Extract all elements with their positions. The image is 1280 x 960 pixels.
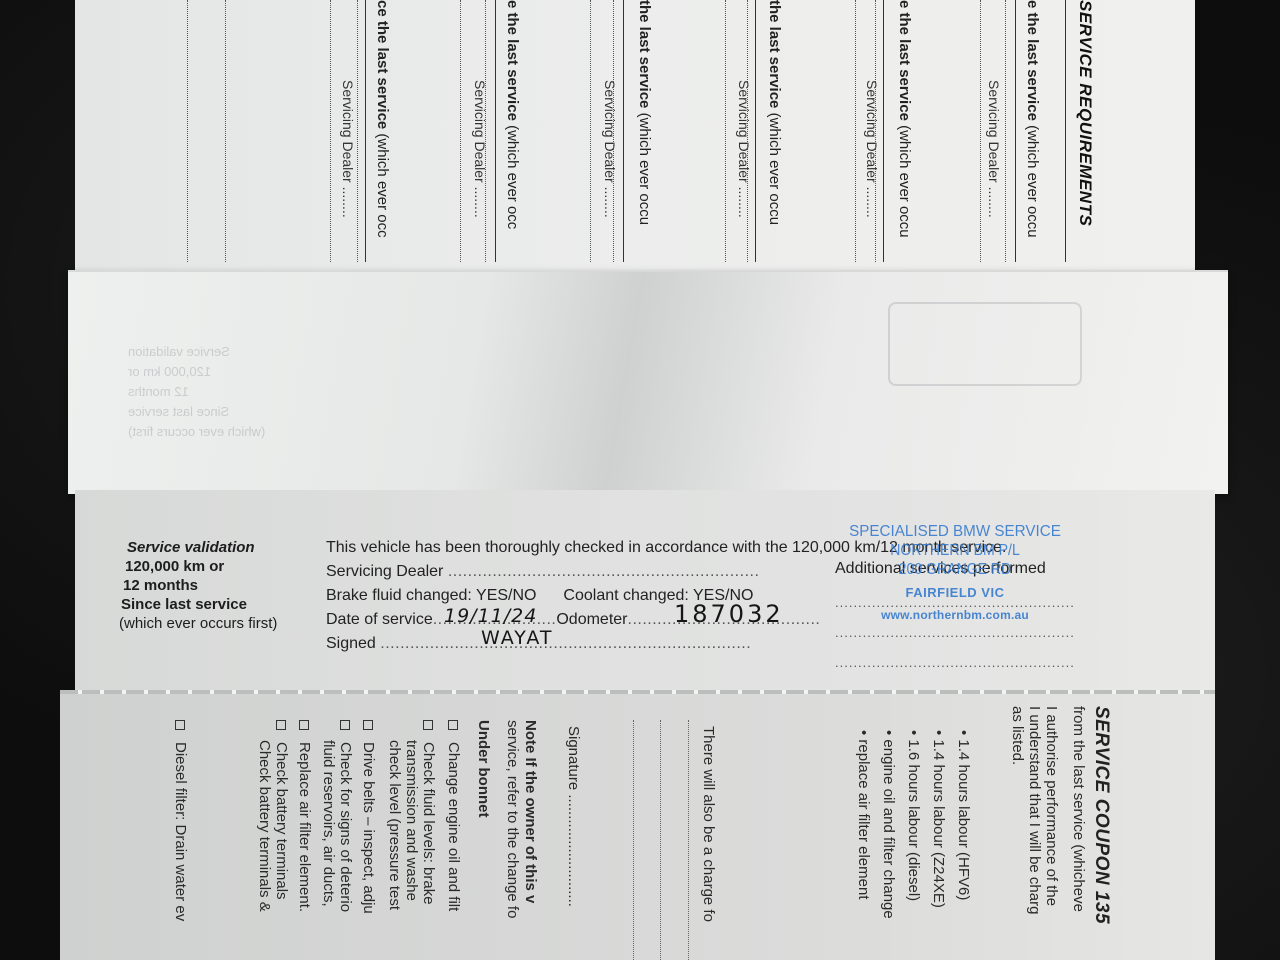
bleed-through-text: Service validation: [128, 344, 230, 359]
dealer-stamp: SPECIALISED BMW SERVICE NORTHERN BM P/L …: [830, 522, 1080, 625]
dotted-line: [330, 0, 331, 262]
service-column-6: ce the last service (which ever occ Serv…: [365, 0, 366, 262]
stamp-line: FAIRFIELD VIC: [830, 583, 1080, 602]
servicing-dealer-label: Servicing Dealer ........: [602, 80, 618, 218]
column-heading-suffix: (which ever occu: [636, 108, 653, 225]
date-of-service-label: Date of service: [326, 611, 433, 628]
odometer-label: Odometer: [556, 611, 627, 628]
checklist-item[interactable]: Check for signs of deterio: [337, 720, 354, 912]
signed-label: Signed: [326, 635, 376, 652]
dotted-line: [357, 0, 358, 262]
dotted-line: [747, 0, 748, 262]
dotted-line: [855, 0, 856, 262]
column-heading-suffix: (which ever occu: [1024, 121, 1041, 238]
bleed-through-text: 12 months: [128, 384, 189, 399]
stamp-website: www.northernbm.com.au: [830, 606, 1080, 625]
checklist-text: Check battery terminals: [273, 742, 290, 900]
dotted-line: [875, 0, 876, 262]
validation-since: Since last service: [121, 595, 277, 614]
labour-item: • 1.6 hours labour (diesel): [905, 730, 922, 901]
validation-heading: Service validation: [121, 538, 277, 557]
brake-fluid-field[interactable]: Brake fluid changed: YES/NO: [326, 587, 537, 604]
note-text: Note If the owner of this v: [522, 720, 539, 903]
title-rule: [1065, 0, 1066, 262]
stamp-line: SPECIALISED BMW SERVICE: [836, 522, 1074, 541]
checkbox[interactable]: [448, 720, 458, 730]
service-column-5: e the last service (which ever occ Servi…: [495, 0, 496, 262]
dotted-line: [613, 0, 614, 262]
dotted-line: [460, 0, 461, 262]
column-heading: ce the last service: [374, 0, 391, 129]
checklist-text: Replace air filter element.: [296, 742, 313, 912]
labour-item: • 1.4 hours labour (Z24XE): [930, 730, 947, 908]
servicing-dealer-label: Servicing Dealer ........: [340, 80, 356, 218]
labour-item-text: 1.4 hours labour (HFV6): [955, 739, 972, 900]
checklist-item[interactable]: Drive belts – inspect, adju: [360, 720, 377, 914]
servicing-dealer-label: Servicing Dealer: [326, 563, 443, 580]
checkbox[interactable]: [363, 720, 373, 730]
checklist-item[interactable]: Check battery terminals: [273, 720, 290, 900]
service-requirements-page: SERVICE REQUIREMENTS e the last service …: [75, 0, 1195, 275]
service-column-1: e the last service (which ever occu Serv…: [1015, 0, 1016, 262]
validation-criteria: Service validation 120,000 km or 12 mont…: [121, 538, 277, 633]
checklist-text: Drive belts – inspect, adju: [360, 742, 377, 914]
validation-km: 120,000 km or: [121, 557, 277, 576]
checklist-text: Check for signs of deterio: [337, 742, 354, 912]
checklist-text: Change engine oil and filt: [445, 742, 462, 911]
service-requirements-title: SERVICE REQUIREMENTS: [1075, 0, 1095, 226]
column-heading: the last service: [766, 0, 783, 108]
labour-item-text: 1.6 hours labour (diesel): [905, 739, 922, 901]
service-validation-section: Service validation 120,000 km or 12 mont…: [75, 490, 1215, 690]
checklist-text: Diesel filter: Drain water ev: [172, 742, 189, 921]
note-line: Note If the owner of this v: [522, 720, 539, 903]
column-heading-suffix: (which ever occ: [504, 121, 521, 229]
dotted-line: [725, 0, 726, 262]
additional-services-line[interactable]: ........................................…: [835, 655, 1075, 670]
validation-months: 12 months: [121, 576, 277, 595]
stamp-line: 200 GRANGE RD: [845, 560, 1065, 579]
labour-item-text: replace air filter element: [855, 739, 872, 899]
dotted-line: [485, 0, 486, 262]
stamp-line: NORTHERN BM P/L: [845, 541, 1065, 560]
dotted-line: [225, 0, 226, 262]
validation-note: (which ever occurs first): [119, 614, 277, 633]
checklist-continuation: check level (pressure test: [386, 740, 403, 910]
checkbox[interactable]: [340, 720, 350, 730]
signature-field[interactable]: Signature ...........................: [565, 726, 582, 907]
servicing-dealer-label: Servicing Dealer ........: [736, 80, 752, 218]
coupon-subtitle: from the last service (whicheve: [1070, 706, 1087, 912]
coupon-title: SERVICE COUPON 135: [1090, 706, 1112, 924]
authorise-line: I authorise performance of the: [1043, 706, 1060, 906]
checklist-continuation: transmission and washe: [403, 740, 420, 901]
authorise-line: I understand that I will be charg: [1026, 706, 1043, 914]
column-heading-suffix: (which ever occu: [766, 108, 783, 225]
signature-value[interactable]: WAYAT: [481, 626, 554, 650]
dotted-line[interactable]: [688, 720, 689, 960]
checklist-continuation: Check battery terminals &: [256, 740, 273, 912]
authorise-line: as listed.: [1009, 706, 1026, 765]
dotted-line[interactable]: [633, 720, 634, 960]
note-line: service, refer to the change fo: [504, 720, 521, 918]
checkbox[interactable]: [276, 720, 286, 730]
folded-page-flap: Service validation 120,000 km or 12 mont…: [68, 270, 1228, 494]
signed-dots: ........................................…: [380, 635, 751, 652]
additional-services-line[interactable]: ........................................…: [835, 625, 1075, 640]
column-heading-suffix: (which ever occ: [374, 129, 391, 237]
dotted-line: [590, 0, 591, 262]
checkbox[interactable]: [423, 720, 433, 730]
service-column-3: the last service (which ever occu Servic…: [755, 0, 756, 262]
under-bonnet-heading: Under bonnet: [475, 720, 492, 818]
checklist-item[interactable]: Check fluid levels: brake: [420, 720, 437, 905]
checklist-continuation: fluid reservoirs, air ducts,: [320, 740, 337, 907]
column-heading: the last service: [636, 0, 653, 108]
bleed-through-text: 120,000 km or: [128, 364, 211, 379]
date-of-service-value[interactable]: 19/11/24: [444, 604, 537, 628]
dotted-line: [1005, 0, 1006, 262]
checklist-item[interactable]: Diesel filter: Drain water ev: [172, 720, 189, 921]
labour-item: • 1.4 hours labour (HFV6): [955, 730, 972, 900]
dotted-line: [980, 0, 981, 262]
labour-item: • engine oil and filter change: [880, 730, 897, 919]
column-heading-suffix: (which ever occu: [896, 121, 913, 238]
labour-item: • replace air filter element: [855, 730, 872, 900]
bleed-through-text: (which ever occurs first): [128, 424, 265, 439]
bleed-through-text: Since last service: [128, 404, 229, 419]
checklist-item[interactable]: Replace air filter element.: [296, 720, 313, 912]
column-heading: e the last service: [896, 0, 913, 121]
labour-item-text: engine oil and filter change: [880, 739, 897, 918]
service-column-4: the last service (which ever occu Servic…: [623, 0, 624, 262]
charge-note: There will also be a charge fo: [700, 726, 717, 922]
perforation-line: [60, 690, 1215, 694]
labour-item-text: 1.4 hours labour (Z24XE): [930, 739, 947, 907]
odometer-value[interactable]: 187032: [674, 602, 784, 626]
checkbox[interactable]: [175, 720, 185, 730]
servicing-dealer-label: Servicing Dealer ........: [986, 80, 1002, 218]
dotted-line: [187, 0, 188, 262]
coupon-title-text: SERVICE COUPON 135: [1091, 706, 1112, 924]
service-column-2: e the last service (which ever occu Serv…: [883, 0, 884, 262]
servicing-dealer-label: Servicing Dealer ........: [864, 80, 880, 218]
servicing-dealer-field[interactable]: ........................................…: [448, 563, 760, 580]
column-heading: e the last service: [1024, 0, 1041, 121]
column-heading: e the last service: [504, 0, 521, 121]
checkbox[interactable]: [299, 720, 309, 730]
service-coupon-page: SERVICE COUPON 135 from the last service…: [60, 690, 1215, 960]
dotted-line[interactable]: [660, 720, 661, 960]
checklist-text: Check fluid levels: brake: [420, 742, 437, 905]
checklist-item[interactable]: Change engine oil and filt: [445, 720, 462, 911]
bleed-through-stamp: [888, 302, 1082, 386]
